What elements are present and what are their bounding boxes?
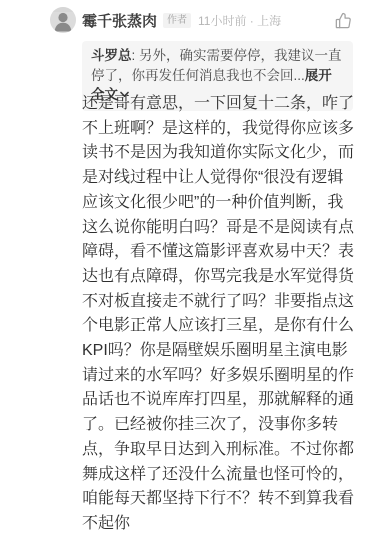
quoted-separator: : <box>132 48 140 63</box>
quoted-username: 斗罗总 <box>91 48 132 63</box>
comment-header: 霉千张蒸肉 作者 11小时前 · 上海 <box>82 10 281 31</box>
comment-meta: 11小时前 · 上海 <box>198 12 281 29</box>
like-button[interactable] <box>333 11 353 31</box>
username[interactable]: 霉千张蒸肉 <box>82 10 157 31</box>
comment-item: 霉千张蒸肉 作者 11小时前 · 上海 斗罗总: 另外，确实需要停停，我建议一直… <box>0 0 365 540</box>
author-badge: 作者 <box>163 13 191 28</box>
person-photo-icon <box>50 7 76 33</box>
comment-body: 还是哥有意思，一下回复十二条，咋了不上班啊？是这样的，我觉得你应该多读书不是因为… <box>82 92 354 537</box>
avatar[interactable] <box>50 7 76 33</box>
thumbs-up-icon <box>333 11 353 31</box>
